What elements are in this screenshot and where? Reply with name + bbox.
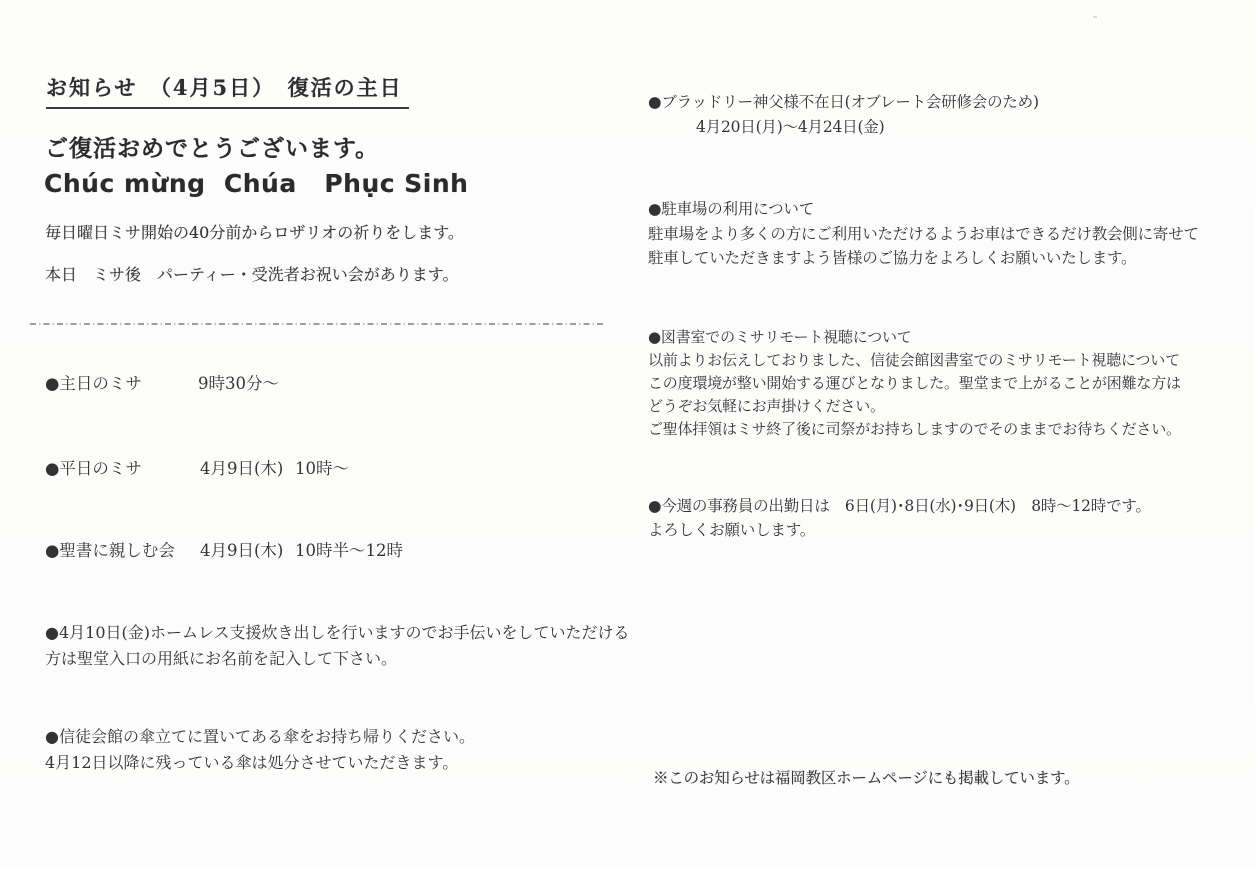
text-line: 以前よりお伝えしておりました、信徒会館図書室でのミサリモート視聴について bbox=[648, 349, 1193, 372]
schedule-label: ●聖書に親しむ会 bbox=[45, 537, 175, 561]
text-line: どうぞお気軽にお声掛けください。 bbox=[648, 395, 1193, 418]
text-line: この度環境が整い開始する運びとなりました。聖堂まで上がることが困難な方は bbox=[648, 372, 1193, 395]
text-line: ●今週の事務員の出勤日は 6日(月)･8日(水)･9日(木) 8時～12時です。 bbox=[648, 494, 1193, 518]
easter-greeting-japanese: ご復活おめでとうございます。 bbox=[45, 130, 379, 163]
text-line: ●駐車場の利用について bbox=[648, 197, 1193, 222]
rosary-notice-line: 毎日曜日ミサ開始の40分前からロザリオの祈りをします。 bbox=[45, 220, 464, 243]
text-line: よろしくお願いします。 bbox=[648, 518, 1193, 542]
schedule-label: ●平日のミサ bbox=[45, 455, 142, 479]
schedule-time: 9時30分～ bbox=[198, 370, 279, 394]
schedule-date: 4月9日(木) bbox=[200, 537, 283, 561]
text-line: 駐車場をより多くの方にご利用いただけるようお車はできるだけ教会側に寄せて bbox=[648, 222, 1193, 247]
parking-notice: ●駐車場の利用について 駐車場をより多くの方にご利用いただけるようお車はできるだ… bbox=[648, 197, 1193, 271]
text-line: 4月20日(月)～4月24日(金) bbox=[648, 115, 1193, 140]
text-line: 方は聖堂入口の用紙にお名前を記入して下さい。 bbox=[45, 646, 605, 672]
text-line: ●信徒会館の傘立てに置いてある傘をお持ち帰りください。 bbox=[45, 724, 605, 750]
schedule-row-bible-group: ●聖書に親しむ会 4月9日(木) 10時半～12時 bbox=[45, 537, 565, 561]
dashed-divider bbox=[30, 323, 603, 325]
umbrella-notice: ●信徒会館の傘立てに置いてある傘をお持ち帰りください。 4月12日以降に残ってい… bbox=[45, 724, 605, 776]
schedule-time: 10時～ bbox=[295, 455, 349, 479]
schedule-time: 10時半～12時 bbox=[295, 537, 403, 561]
text-line: ●ブラッドリー神父様不在日(オブレート会研修会のため) bbox=[648, 90, 1193, 115]
easter-greeting-vietnamese: Chúc mừng Chúa Phục Sinh bbox=[44, 169, 468, 198]
scan-speck bbox=[884, 508, 886, 510]
office-staff-schedule-notice: ●今週の事務員の出勤日は 6日(月)･8日(水)･9日(木) 8時～12時です。… bbox=[648, 494, 1193, 542]
text-line: ご聖体拝領はミサ終了後に司祭がお持ちしますのでそのままでお待ちください。 bbox=[648, 418, 1193, 441]
text-line: 4月12日以降に残っている傘は処分させていただきます。 bbox=[45, 750, 605, 776]
website-footnote: ※このお知らせは福岡教区ホームページにも掲載しています。 bbox=[653, 766, 1079, 788]
schedule-row-weekday-mass: ●平日のミサ 4月9日(木) 10時～ bbox=[45, 455, 565, 479]
soup-kitchen-notice: ●4月10日(金)ホームレス支援炊き出しを行いますのでお手伝いをしていただける … bbox=[45, 620, 605, 672]
page-title: お知らせ （4月5日） 復活の主日 bbox=[46, 72, 409, 109]
text-line: ●図書室でのミサリモート視聴について bbox=[648, 326, 1193, 349]
priest-absence-notice: ●ブラッドリー神父様不在日(オブレート会研修会のため) 4月20日(月)～4月2… bbox=[648, 90, 1193, 140]
schedule-date: 4月9日(木) bbox=[200, 455, 283, 479]
text-line: ●4月10日(金)ホームレス支援炊き出しを行いますのでお手伝いをしていただける bbox=[45, 620, 605, 646]
scan-speck bbox=[1093, 16, 1097, 18]
schedule-label: ●主日のミサ bbox=[45, 370, 142, 394]
party-notice-line: 本日 ミサ後 パーティー・受洗者お祝い会があります。 bbox=[45, 262, 458, 285]
scanned-announcement-page: お知らせ （4月5日） 復活の主日 ご復活おめでとうございます。 Chúc mừ… bbox=[0, 0, 1255, 870]
schedule-row-sunday-mass: ●主日のミサ 9時30分～ bbox=[45, 370, 565, 394]
text-line: 駐車していただきますよう皆様のご協力をよろしくお願いいたします。 bbox=[648, 246, 1193, 271]
library-remote-mass-notice: ●図書室でのミサリモート視聴について 以前よりお伝えしておりました、信徒会館図書… bbox=[648, 326, 1193, 441]
